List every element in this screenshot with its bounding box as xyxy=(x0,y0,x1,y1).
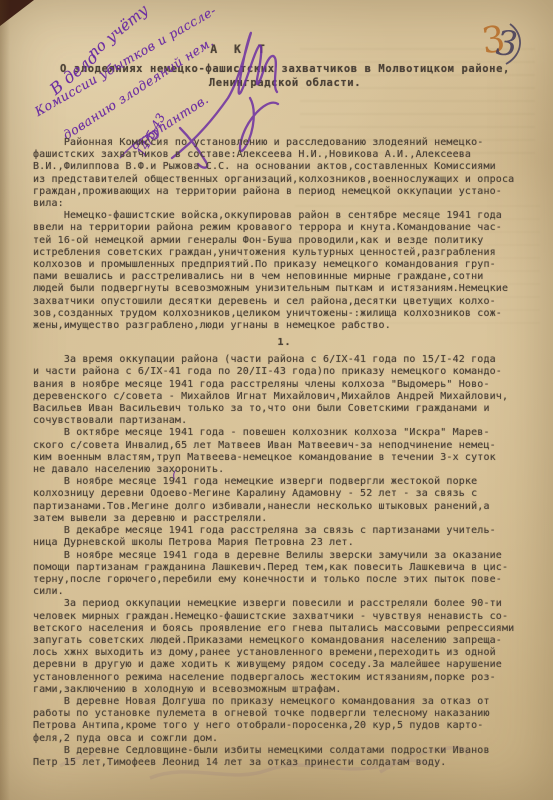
paragraph: Немецко-фашистские войска,оккупировав ра… xyxy=(33,210,536,332)
paragraph: В деревне Новая Долгуша по приказу немец… xyxy=(33,696,536,745)
scan-edge-shadow xyxy=(0,0,10,800)
document-body: Районная Комиссия по установлению и расс… xyxy=(33,137,536,769)
scanned-document-page: 3 3 А К Т О злодеяниях немецко-фашистски… xyxy=(0,0,553,800)
section-number: 1. xyxy=(33,337,536,348)
paragraph: В ноябре месяце 1941 года в деревне Вели… xyxy=(33,550,536,599)
paragraph: За время оккупации района (части района … xyxy=(33,354,536,427)
paragraph: В декабре месяце 1941 года расстреляна з… xyxy=(33,525,536,549)
paragraph: За период оккупации немецкие изверги пов… xyxy=(33,598,536,696)
paragraph: В октябре месяце 1941 года - повешен кол… xyxy=(33,427,536,476)
document-type-heading: А К Т xyxy=(0,42,490,56)
paragraph: В ноябре месяце 1941 года немецкие извер… xyxy=(33,476,536,525)
paragraph: В деревне Седловщине-были избиты немецки… xyxy=(33,745,536,769)
paragraph: Районная Комиссия по установлению и расс… xyxy=(33,137,536,210)
document-title-line2: Ленинградской области. xyxy=(35,77,535,91)
